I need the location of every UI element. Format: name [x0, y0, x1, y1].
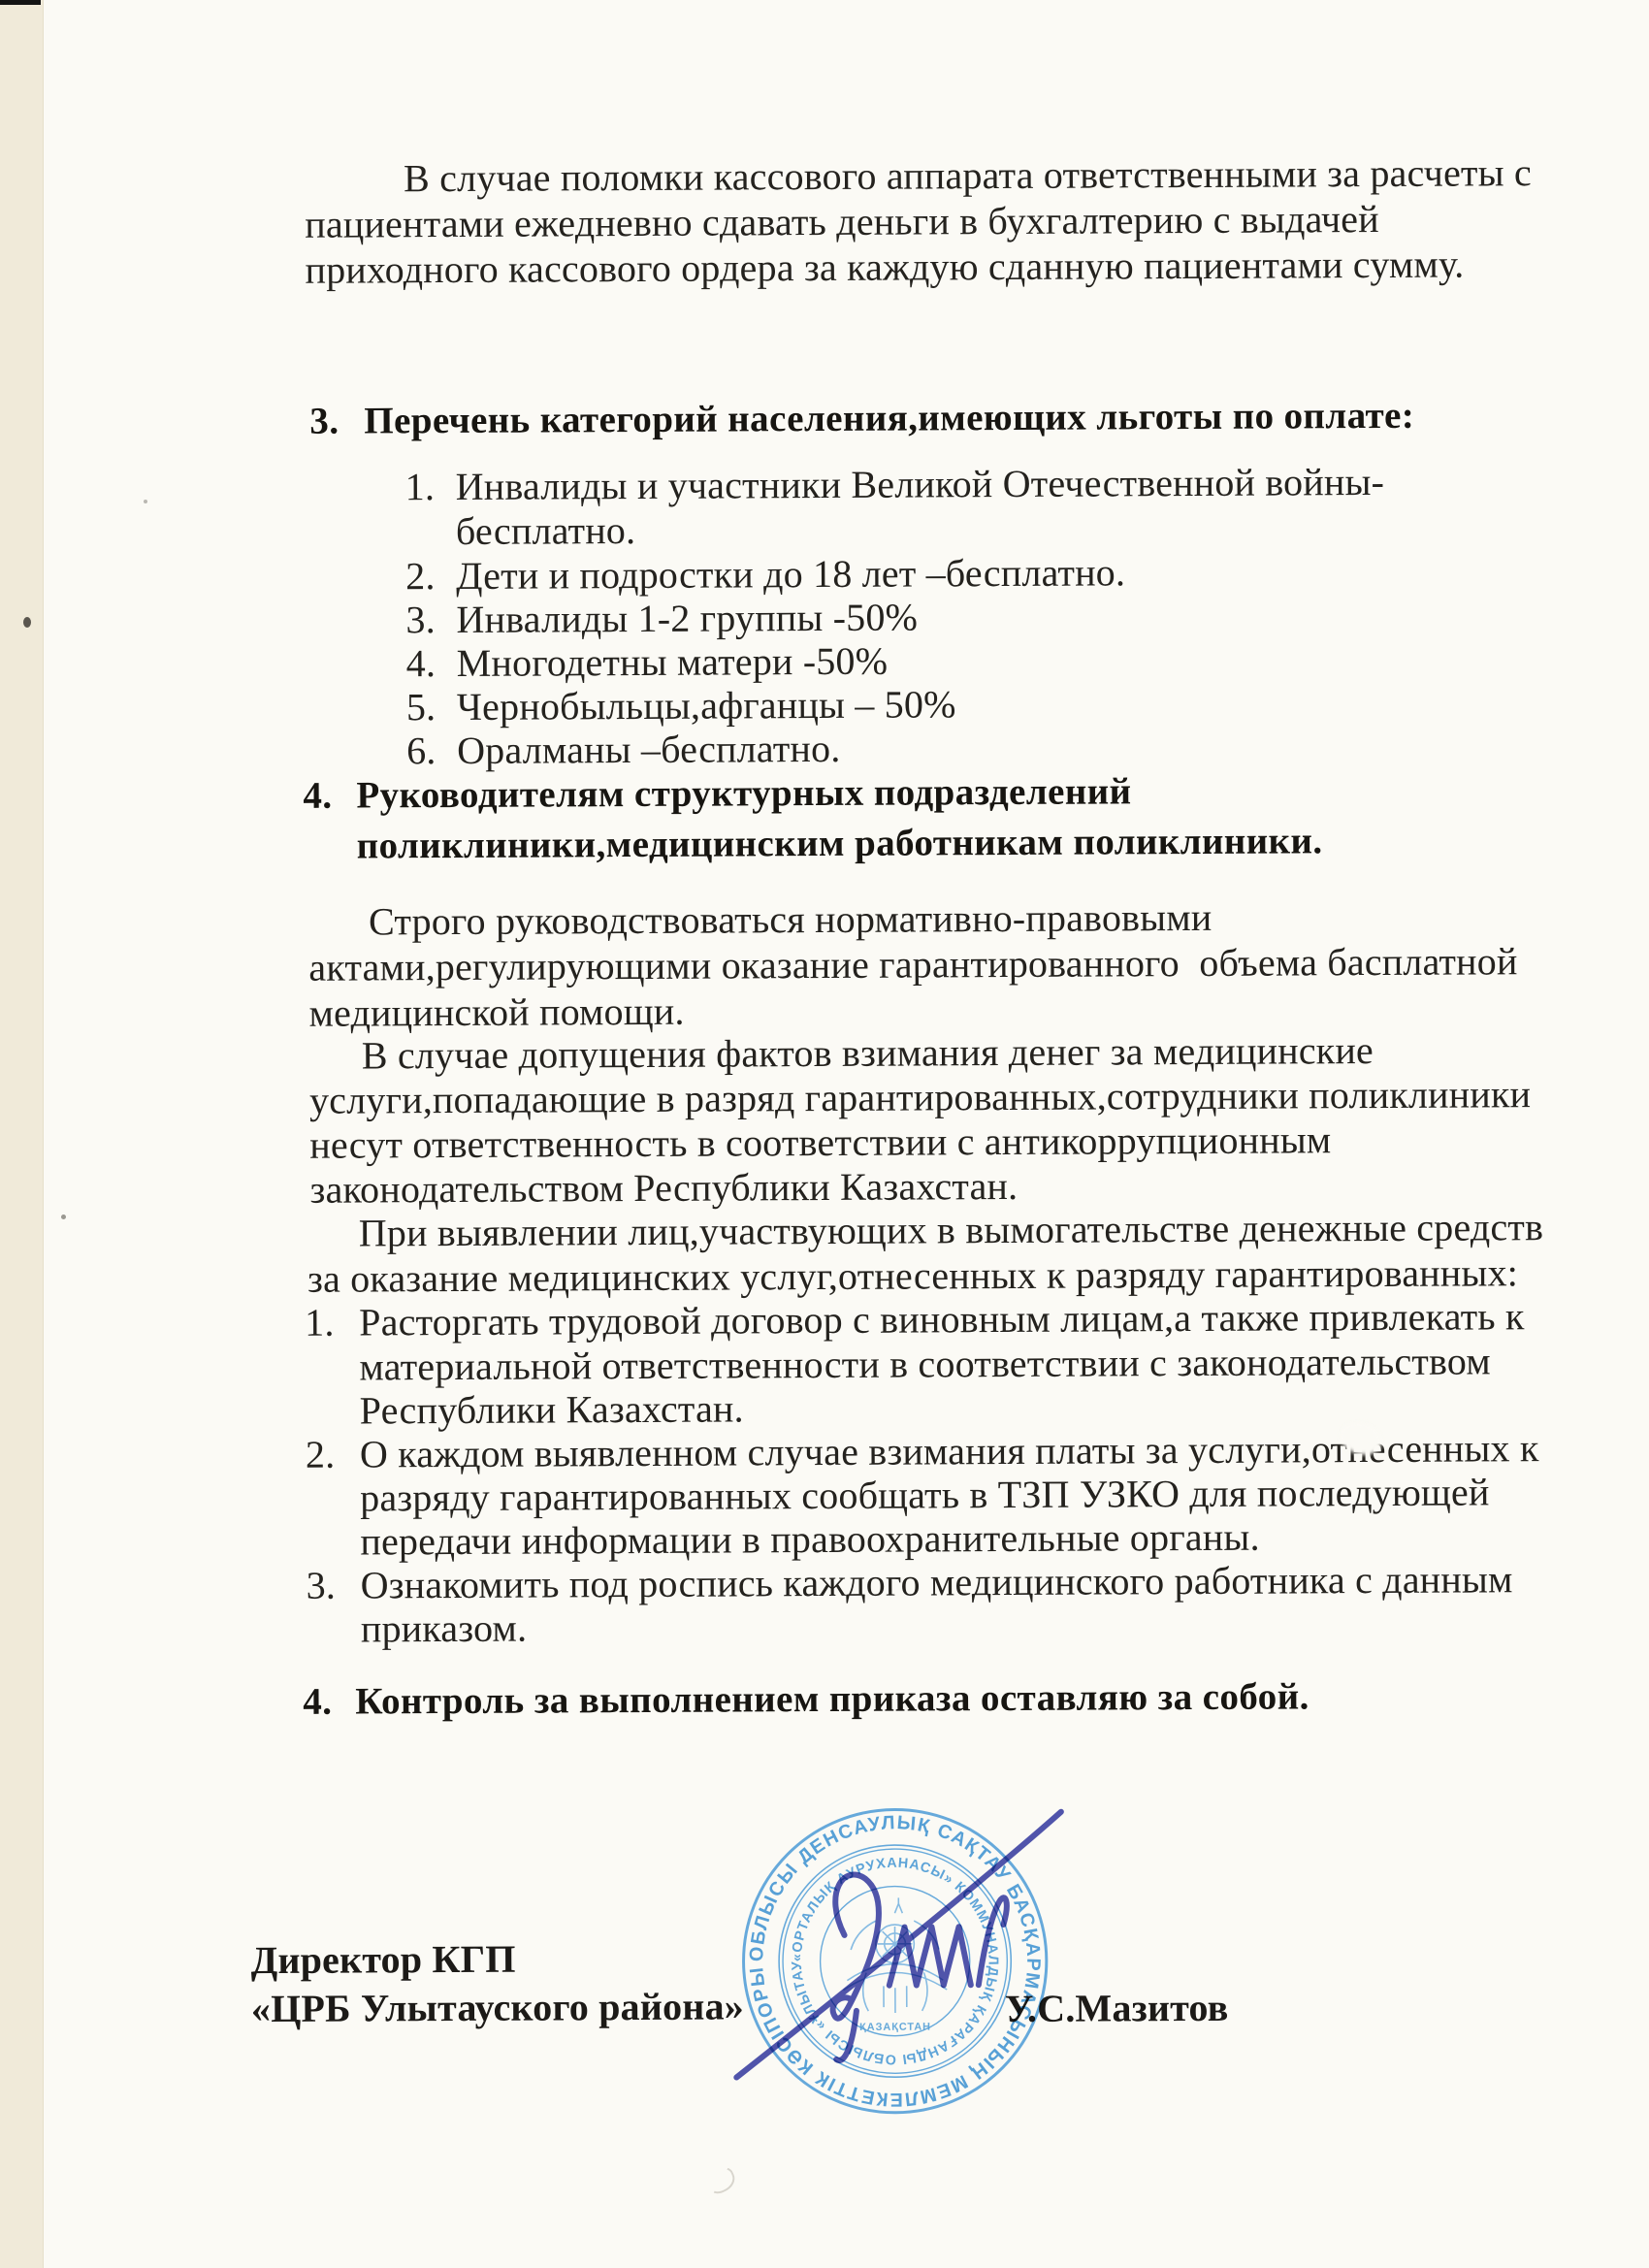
- paragraph-line: При выявлении лиц,участвующих в вымогате…: [359, 1208, 1544, 1252]
- section-3-title: Перечень категорий населения,имеющих льг…: [364, 397, 1414, 440]
- section-4-number: 4.: [303, 777, 332, 815]
- paragraph-line: услуги,попадающие в разряд гарантированн…: [309, 1075, 1531, 1120]
- paragraph-line: пациентами ежедневно сдавать деньги в бу…: [305, 200, 1379, 244]
- paragraph-line: приходного кассового ордера за каждую сд…: [305, 245, 1464, 290]
- signer-role-line: Директор КГП: [251, 1940, 516, 1980]
- list-item-line: разряду гарантированных сообщать в ТЗП У…: [360, 1473, 1490, 1517]
- document-content: В случае поломки кассового аппарата отве…: [0, 0, 1649, 2268]
- scanned-document-page: В случае поломки кассового аппарата отве…: [0, 0, 1649, 2268]
- paragraph-line: В случае поломки кассового аппарата отве…: [404, 153, 1532, 198]
- list-item-line: материальной ответственности в соответст…: [359, 1342, 1491, 1386]
- list-item-line: приказом.: [361, 1609, 528, 1649]
- signature: [698, 1789, 1098, 2111]
- paragraph-line: актами,регулирующими оказание гарантиров…: [308, 942, 1517, 988]
- list-item-number: 2.: [405, 557, 436, 596]
- signer-role-line: «ЦРБ Улытауского района»: [251, 1987, 744, 2028]
- list-item-line: бесплатно.: [456, 511, 636, 551]
- list-item-number: 3.: [405, 600, 436, 639]
- section-3-number: 3.: [309, 403, 339, 440]
- list-item-line: Расторгать трудовой договор с виновным л…: [359, 1297, 1525, 1342]
- list-item-number: 1.: [305, 1304, 335, 1343]
- section-4-title-line: поликлиники,медицинским работникам полик…: [357, 822, 1323, 864]
- list-item-line: Инвалиды и участники Великой Отечественн…: [456, 463, 1385, 506]
- section-control-number: 4.: [303, 1683, 332, 1721]
- section-4-title-line: Руководителям структурных подразделений: [356, 772, 1131, 814]
- paragraph-line: В случае допущения фактов взимания денег…: [362, 1031, 1374, 1075]
- paragraph-line: медицинской помощи.: [308, 992, 684, 1033]
- list-item-number: 3.: [307, 1567, 337, 1605]
- list-item-line: Чернобыльцы,афганцы – 50%: [457, 685, 956, 727]
- list-item-line: передачи информации в правоохранительные…: [360, 1518, 1259, 1562]
- list-item-line: Оралманы –бесплатно.: [457, 729, 841, 770]
- list-item-line: Республики Казахстан.: [360, 1389, 744, 1430]
- list-item-number: 2.: [306, 1436, 336, 1474]
- list-item-number: 6.: [406, 731, 436, 770]
- list-item-number: 4.: [406, 644, 436, 683]
- list-item-number: 1.: [405, 468, 436, 506]
- list-item-number: 5.: [406, 688, 436, 727]
- section-control-title: Контроль за выполнением приказа оставляю…: [355, 1677, 1309, 1720]
- list-item-line: Инвалиды 1-2 группы -50%: [456, 598, 918, 638]
- paragraph-line: за оказание медицинских услуг,отнесенных…: [307, 1253, 1518, 1299]
- list-item-line: Дети и подростки до 18 лет –бесплатно.: [456, 553, 1125, 596]
- list-item-line: Ознакомить под роспись каждого медицинск…: [361, 1560, 1513, 1604]
- paragraph-line: Строго руководствоваться нормативно-прав…: [369, 898, 1212, 942]
- paragraph-line: несут ответственность в соответствии с а…: [309, 1120, 1331, 1165]
- list-item-line: Многодетны матери -50%: [457, 642, 889, 683]
- paragraph-line: законодательством Республики Казахстан.: [309, 1167, 1018, 1210]
